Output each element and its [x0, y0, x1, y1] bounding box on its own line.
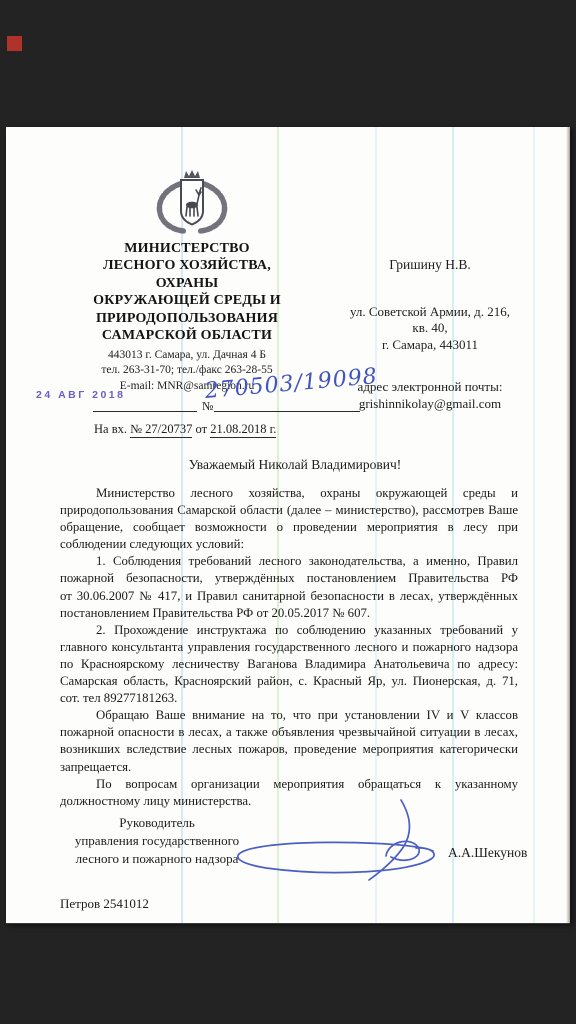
- photo-viewer-screen: МИНИСТЕРСТВОЛЕСНОГО ХОЗЯЙСТВА,ОХРАНЫОКРУ…: [0, 0, 576, 1024]
- body-text-line: Министерство лесного хозяйства, охраны о…: [60, 485, 518, 502]
- body-text-line: от 30.06.2007 № 417, и Правил санитарной…: [60, 588, 518, 605]
- incoming-number: № 27/20737: [130, 422, 192, 438]
- text-line: ЛЕСНОГО ХОЗЯЙСТВА,: [14, 257, 360, 274]
- handwritten-signature: [220, 796, 448, 892]
- body-text-line: природопользования Самарской области (да…: [60, 502, 518, 519]
- text-line: кв. 40,: [330, 320, 530, 337]
- body-text-line: постановлением Правительства РФ от 20.05…: [60, 605, 518, 622]
- incoming-date: 21.08.2018 г.: [210, 422, 276, 438]
- text-line: ул. Советской Армии, д. 216,: [330, 304, 530, 321]
- body-text-line: главного консультанта управления государ…: [60, 639, 518, 656]
- body-text-line: пожарной безопасности, утверждённых пост…: [60, 570, 518, 587]
- body-text-line: запрещается.: [60, 759, 518, 776]
- recipient-name: Гришину Н.В.: [330, 257, 530, 274]
- body-text-line: по Красноярскому лесничеству Ваганова Вл…: [60, 656, 518, 673]
- body-text-line: соблюдении следующих условий:: [60, 536, 518, 553]
- incoming-ot: от: [196, 422, 208, 436]
- body-text-line: возникших вследствие лесных пожаров, про…: [60, 741, 518, 758]
- body-text-line: сот. тел 89277181263.: [60, 690, 518, 707]
- text-line: г. Самара, 443011: [330, 337, 530, 354]
- body-text-line: 1. Соблюдения требований лесного законод…: [60, 553, 518, 570]
- text-line: МИНИСТЕРСТВО: [14, 240, 360, 257]
- body-text-line: 2. Прохождение инструктажа по соблюдению…: [60, 622, 518, 639]
- executor-note: Петров 2541012: [60, 896, 149, 912]
- text-line: ПРИРОДОПОЛЬЗОВАНИЯ: [14, 310, 360, 327]
- letter-body: Министерство лесного хозяйства, охраны о…: [60, 485, 518, 810]
- body-text-line: Обращаю Ваше внимание на то, что при уст…: [60, 707, 518, 724]
- text-line: САМАРСКОЙ ОБЛАСТИ: [14, 327, 360, 344]
- page-edge-shadow: [566, 127, 570, 923]
- body-text-line: По вопросам организации мероприятия обра…: [60, 776, 518, 793]
- incoming-prefix: На вх.: [94, 422, 127, 436]
- text-line: ОКРУЖАЮЩЕЙ СРЕДЫ И: [14, 292, 360, 309]
- scanned-letter-page: МИНИСТЕРСТВОЛЕСНОГО ХОЗЯЙСТВА,ОХРАНЫОКРУ…: [6, 127, 570, 923]
- recipient-address: ул. Советской Армии, д. 216,кв. 40,г. Са…: [330, 304, 530, 354]
- recipient-email: grishinnikolay@gmail.com: [330, 396, 530, 413]
- outgoing-number-line: [214, 411, 360, 412]
- body-text-line: обращение, сообщает возможности о провед…: [60, 519, 518, 536]
- recording-indicator: [7, 36, 22, 51]
- blank-line: [93, 411, 197, 412]
- ministry-name: МИНИСТЕРСТВОЛЕСНОГО ХОЗЯЙСТВА,ОХРАНЫОКРУ…: [14, 240, 360, 344]
- body-text-line: Самарская область, Красноярский район, с…: [60, 673, 518, 690]
- coat-of-arms-icon: [152, 168, 232, 238]
- body-text-line: пожарной опасности в лесах, а также объя…: [60, 724, 518, 741]
- date-stamp: 24 АВГ 2018: [36, 389, 126, 401]
- scan-artifact-line: [533, 127, 535, 923]
- text-line: 443013 г. Самара, ул. Дачная 4 Б: [14, 348, 360, 363]
- incoming-reference-line: На вх. № 27/20737 от 21.08.2018 г.: [94, 422, 276, 437]
- text-line: ОХРАНЫ: [14, 275, 360, 292]
- salutation: Уважаемый Николай Владимирович!: [60, 457, 530, 473]
- signer-name: А.А.Шекунов: [448, 845, 558, 861]
